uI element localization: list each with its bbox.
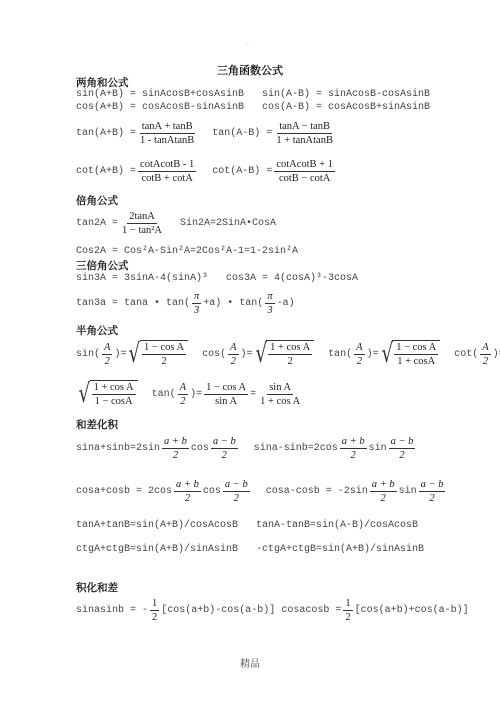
text: )= — [114, 349, 126, 360]
lhs: tan( — [152, 389, 176, 400]
formula-sin-sum: sin(A+B) = sinAcosB+cosAsinB sin(A-B) = … — [76, 89, 430, 100]
fraction: A2 — [228, 341, 238, 368]
sqrt: √1 − cos A2 — [126, 340, 188, 368]
formula-ctg-sum-identity: ctgA+ctgB=sin(A+B)/sinAsinB -ctgA+ctgB=s… — [76, 544, 424, 555]
lhs: cos( — [202, 349, 226, 360]
denominator: cotB + cotA — [139, 172, 194, 185]
numerator: a − b — [419, 478, 446, 492]
formula-tan-sum-identity: tanA+tanB=sin(A+B)/cosAcosB tanA-tanB=si… — [76, 520, 418, 531]
text: cos — [203, 486, 221, 497]
text: cosacosb = — [281, 605, 341, 616]
denominator: 2 — [355, 355, 364, 368]
numerator: 1 − cos A — [142, 341, 186, 355]
numerator: 1 − cos A — [394, 341, 438, 355]
fraction: a + b2 — [162, 435, 189, 462]
numerator: 1 — [343, 597, 352, 611]
lhs: cot(A-B) — [212, 166, 260, 177]
numerator: a + b — [370, 478, 397, 492]
denominator: 3 — [192, 304, 201, 317]
numerator: A — [480, 341, 490, 355]
fraction: A2 — [354, 341, 364, 368]
fraction: A2 — [480, 341, 490, 368]
numerator: tanA − tanB — [277, 120, 332, 134]
numerator: 2tanA — [127, 210, 157, 224]
formula-tan-sum: tan(A+B) = tanA + tanB1 - tanAtanB tan(A… — [76, 120, 337, 147]
formula-sin-cos-triple: sin3A = 3sinA-4(sinA)³ cos3A = 4(cosA)³-… — [76, 273, 358, 284]
numerator: A — [228, 341, 238, 355]
formula-sin-sum-to-product: sina+sinb=2sin a + b2 cos a − b2 sina-si… — [76, 435, 417, 462]
fraction: sin A1 + cos A — [258, 381, 302, 408]
text: )= — [367, 349, 379, 360]
denominator: 2 — [229, 355, 238, 368]
numerator: a − b — [211, 435, 238, 449]
fraction: 1 + cos A2 — [268, 341, 312, 368]
lhs: cot(A+B) — [76, 166, 124, 177]
denominator: 2 — [159, 355, 168, 368]
text: cos — [191, 443, 209, 454]
numerator: 1 − cos A — [204, 381, 248, 395]
text: = — [250, 389, 256, 400]
fraction: π3 — [265, 290, 274, 317]
denominator: 2 — [150, 611, 159, 624]
text: )= — [493, 349, 500, 360]
text: -a) — [277, 298, 295, 309]
fraction: 1 − cos A2 — [142, 341, 186, 368]
text: sin — [399, 486, 417, 497]
section-heading-double: 倍角公式 — [76, 193, 118, 208]
fraction: π3 — [192, 290, 201, 317]
denominator: 2 — [481, 355, 490, 368]
fraction: a − b2 — [211, 435, 238, 462]
numerator: cotAcotB - 1 — [138, 158, 196, 172]
denominator: 1 − cosA — [93, 395, 135, 408]
section-heading-sum: 两角和公式 — [76, 75, 129, 90]
denominator: 2 — [183, 492, 192, 505]
formula-cos-sum: cos(A+B) = cosAcosB-sinAsinB cos(A-B) = … — [76, 102, 430, 113]
lhs: sin( — [76, 349, 100, 360]
numerator: 1 + cos A — [92, 381, 136, 395]
numerator: A — [102, 341, 112, 355]
denominator: 1 + tanAtanB — [274, 134, 335, 147]
fraction: tanA + tanB1 - tanAtanB — [138, 120, 196, 147]
denominator: 2 — [379, 492, 388, 505]
numerator: π — [192, 290, 201, 304]
numerator: A — [178, 381, 188, 395]
formula-half-row1: sin( A2 )= √1 − cos A2 cos( A2 )= √1 + c… — [76, 340, 500, 368]
text: [cos(a+b)+cos(a-b)] — [355, 605, 469, 616]
text: )= — [190, 389, 202, 400]
denominator: 2 — [349, 449, 358, 462]
denominator: 1 + cosA — [395, 355, 437, 368]
denominator: 2 — [178, 395, 187, 408]
formula-tan-triple: tan3a = tana • tan( π3 +a) • tan( π3 -a) — [76, 290, 295, 317]
section-heading-half: 半角公式 — [76, 323, 118, 338]
formula-half-row2: √1 + cos A1 − cosA tan( A2 )= 1 − cos As… — [76, 380, 304, 408]
text: [cos(a+b)-cos(a-b)] — [161, 605, 275, 616]
page-title: 三角函数公式 — [0, 62, 500, 78]
fraction: a − b2 — [223, 478, 250, 505]
sqrt: √1 + cos A2 — [253, 340, 315, 368]
text: sinasinb = - — [76, 605, 148, 616]
fraction: 12 — [150, 597, 159, 624]
denominator: 2 — [397, 449, 406, 462]
text: cosa+cosb = 2cos — [76, 486, 172, 497]
text: sin — [369, 443, 387, 454]
page-marker: · — [247, 42, 249, 49]
formula-cot-sum: cot(A+B) = cotAcotB - 1cotB + cotA cot(A… — [76, 158, 337, 185]
denominator: 3 — [265, 304, 274, 317]
lhs: tan(A-B) — [212, 128, 260, 139]
text: sina+sinb=2sin — [76, 443, 160, 454]
page-footer: 精品 — [0, 655, 500, 670]
sqrt: √1 + cos A1 − cosA — [76, 380, 138, 408]
fraction: cotAcotB + 1cotB − cotA — [274, 158, 335, 185]
fraction: 1 − cos Asin A — [204, 381, 248, 408]
formula-product-to-sum: sinasinb = - 12 [cos(a+b)-cos(a-b)] cosa… — [76, 597, 469, 624]
fraction: cotAcotB - 1cotB + cotA — [138, 158, 196, 185]
denominator: sin A — [213, 395, 239, 408]
formula-sin-double: Sin2A=2SinA•CosA — [180, 218, 276, 229]
fraction: 12 — [343, 597, 352, 624]
fraction: 1 + cos A1 − cosA — [92, 381, 136, 408]
denominator: 2 — [103, 355, 112, 368]
numerator: sin A — [267, 381, 293, 395]
numerator: π — [265, 290, 274, 304]
section-heading-product-to-sum: 积化和差 — [76, 580, 118, 595]
numerator: 1 — [150, 597, 159, 611]
formula-cos-sum-to-product: cosa+cosb = 2cos a + b2 cos a − b2 cosa-… — [76, 478, 447, 505]
fraction: a − b2 — [419, 478, 446, 505]
section-heading-triple: 三倍角公式 — [76, 258, 129, 273]
denominator: 2 — [343, 611, 352, 624]
numerator: a − b — [389, 435, 416, 449]
numerator: a − b — [223, 478, 250, 492]
numerator: A — [354, 341, 364, 355]
lhs: tan( — [328, 349, 352, 360]
fraction: 2tanA1 − tan²A — [120, 210, 164, 237]
denominator: 2 — [232, 492, 241, 505]
denominator: 2 — [220, 449, 229, 462]
fraction: a + b2 — [340, 435, 367, 462]
text: cosa-cosb = -2sin — [266, 486, 368, 497]
fraction: tanA − tanB1 + tanAtanB — [274, 120, 335, 147]
denominator: 2 — [171, 449, 180, 462]
fraction: A2 — [102, 341, 112, 368]
formula-tan-double: tan2A = 2tanA1 − tan²A Sin2A=2SinA•CosA — [76, 210, 276, 237]
denominator: 1 + cos A — [258, 395, 302, 408]
numerator: tanA + tanB — [140, 120, 195, 134]
denominator: cotB − cotA — [277, 172, 332, 185]
text: )= — [241, 349, 253, 360]
lhs: cot( — [454, 349, 478, 360]
section-heading-sum-to-product: 和差化积 — [76, 417, 118, 432]
fraction: a + b2 — [174, 478, 201, 505]
numerator: a + b — [162, 435, 189, 449]
text: sina-sinb=2cos — [254, 443, 338, 454]
text: +a) • tan( — [203, 298, 263, 309]
numerator: a + b — [340, 435, 367, 449]
denominator: 1 - tanAtanB — [138, 134, 196, 147]
denominator: 2 — [286, 355, 295, 368]
fraction: a − b2 — [389, 435, 416, 462]
lhs: tan3a = tana • tan( — [76, 298, 190, 309]
denominator: 2 — [427, 492, 436, 505]
fraction: a + b2 — [370, 478, 397, 505]
fraction: 1 − cos A1 + cosA — [394, 341, 438, 368]
sqrt: √1 − cos A1 + cosA — [379, 340, 441, 368]
numerator: a + b — [174, 478, 201, 492]
fraction: A2 — [178, 381, 188, 408]
formula-cos-double: Cos2A = Cos²A-Sin²A=2Cos²A-1=1-2sin²A — [76, 246, 298, 257]
lhs: tan(A+B) — [76, 128, 124, 139]
lhs: tan2A — [76, 218, 106, 229]
denominator: 1 − tan²A — [120, 224, 164, 237]
numerator: cotAcotB + 1 — [274, 158, 335, 172]
numerator: 1 + cos A — [268, 341, 312, 355]
